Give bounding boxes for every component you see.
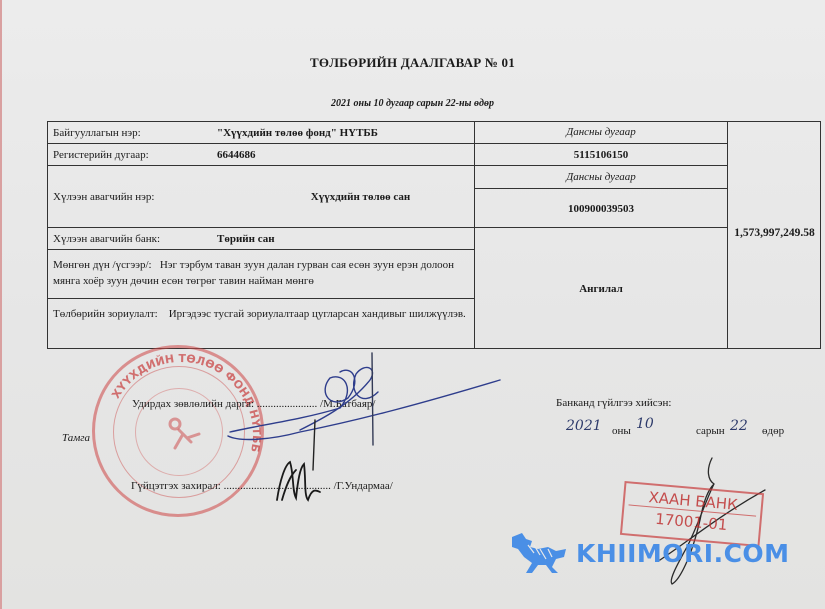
document-date: 2021 оны 10 дугаар сарын 22-ны өдөр (0, 98, 825, 109)
executive-dots: ....................................... (224, 480, 331, 492)
board-chair-name: /М.Батбаяр/ (320, 398, 375, 410)
horse-logo-icon (508, 531, 570, 575)
receiver-name-value: Хүүхдийн төлөө сан (247, 166, 474, 228)
bank-transaction-label: Банканд гүйлгээ хийсэн: (556, 397, 671, 409)
total-amount: 1,573,997,249.58 (727, 121, 821, 349)
chair-signature-stroke (313, 420, 315, 470)
watermark-text: KHIIMORI.COM (576, 539, 790, 568)
page-edge (0, 0, 2, 609)
payment-order-document: ТӨЛБӨРИЙН ДААЛГАВАР № 01 2021 оны 10 дуг… (0, 0, 825, 609)
executive-signature-line: Гүйцэтгэх захирал: .....................… (131, 480, 393, 492)
bank-year-handwritten: 2021 (566, 418, 602, 434)
payment-purpose: Төлбөрийн зориулалт: Иргэдээс тусгай зор… (47, 299, 474, 349)
bank-month-handwritten: 10 (636, 416, 654, 432)
receiver-bank-label: Хүлээн авагчийн банк: (47, 228, 210, 250)
bank-month-suffix: сарын (696, 425, 725, 437)
purpose-label: Төлбөрийн зориулалт: (53, 308, 158, 320)
receiver-bank-value: Төрийн сан (217, 228, 417, 250)
amount-words-label: Мөнгөн дүн /үсгээр/: (53, 259, 152, 271)
bank-year-suffix: оны (612, 425, 631, 437)
board-chair-dots: ...................... (257, 398, 318, 410)
sender-account-header: Дансны дугаар (474, 121, 727, 144)
payment-details-table: Байгууллагын нэр: "Хүүхдийн төлөө фонд" … (47, 121, 821, 349)
executive-name: /Г.Ундармаа/ (334, 480, 393, 492)
seal-label: Тамга (62, 432, 90, 444)
sender-account-value: 5115106150 (474, 144, 727, 166)
watermark: KHIIMORI.COM (508, 528, 790, 578)
board-chair-signature-line: Удирдах зөвлөлийн дарга: ...............… (132, 398, 375, 410)
category-cell: Ангилал (474, 228, 727, 349)
receiver-account-value: 100900039503 (474, 189, 727, 228)
org-name-value: "Хүүхдийн төлөө фонд" НҮТББ (217, 121, 477, 144)
amount-words: Мөнгөн дүн /үсгээр/: Нэг тэрбум таван зу… (47, 250, 474, 298)
register-label: Регистерийн дугаар: (47, 144, 210, 166)
bank-day-suffix: өдөр (762, 425, 784, 437)
document-title: ТӨЛБӨРИЙН ДААЛГАВАР № 01 (0, 55, 825, 71)
org-name-label: Байгууллагын нэр: (47, 121, 210, 144)
register-value: 6644686 (217, 144, 417, 166)
seal-ring-text: ХҮҮХДИЙН ТӨЛӨӨ ФОНД НҮТББ (95, 348, 267, 520)
board-chair-label: Удирдах зөвлөлийн дарга: (132, 398, 254, 410)
purpose-value: Иргэдээс тусгай зориулалтаар цугларсан х… (169, 308, 466, 320)
bank-day-handwritten: 22 (730, 418, 748, 434)
executive-label: Гүйцэтгэх захирал: (131, 480, 221, 492)
receiver-name-label: Хүлээн авагчийн нэр: (47, 166, 247, 228)
receiver-account-header: Дансны дугаар (474, 166, 727, 188)
